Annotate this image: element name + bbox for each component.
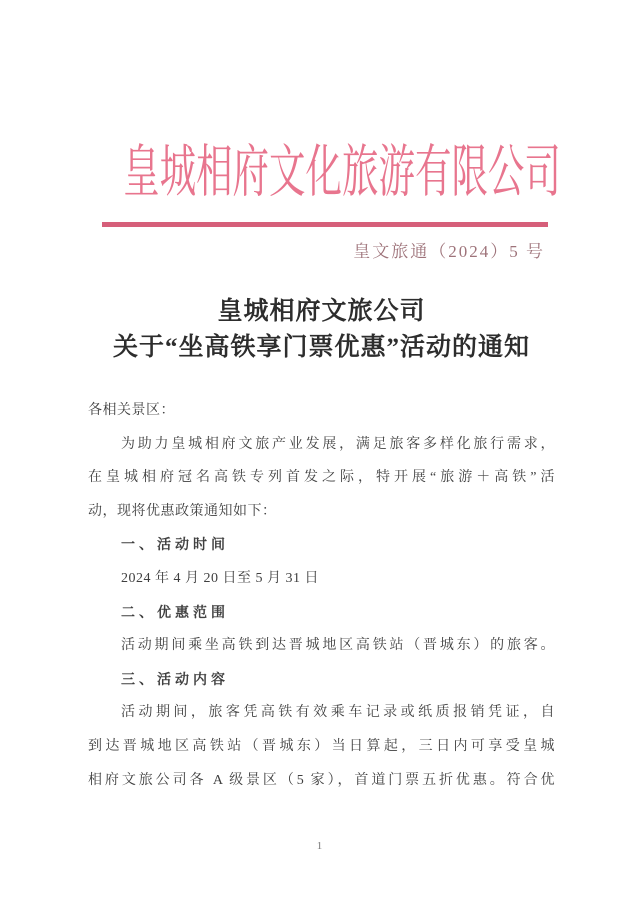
body-line: 二、优惠范围	[88, 596, 555, 630]
letterhead: 皇城相府文化旅游有限公司	[0, 138, 639, 208]
body-line: 三、活动内容	[88, 663, 555, 697]
body-line: 动，现将优惠政策通知如下：	[88, 495, 555, 529]
notice-title-line2: 关于“坐高铁享门票优惠”活动的通知	[88, 330, 555, 366]
body-line: 活动期间乘坐高铁到达晋城地区高铁站（晋城东）的旅客。	[88, 629, 555, 663]
body-line: 为助力皇城相府文旅产业发展，满足旅客多样化旅行需求，	[88, 428, 555, 462]
body-line: 2024 年 4 月 20 日至 5 月 31 日	[88, 562, 555, 596]
notice-body: 各相关景区：为助力皇城相府文旅产业发展，满足旅客多样化旅行需求，在皇城相府冠名高…	[88, 394, 555, 797]
document-page: 皇城相府文化旅游有限公司 皇文旅通（2024）5 号 皇城相府文旅公司 关于“坐…	[0, 0, 639, 903]
company-name: 皇城相府文化旅游有限公司	[123, 138, 561, 208]
notice-title: 皇城相府文旅公司 关于“坐高铁享门票优惠”活动的通知	[88, 294, 555, 366]
body-line: 在皇城相府冠名高铁专列首发之际，特开展“旅游＋高铁”活	[88, 461, 555, 495]
body-line: 相府文旅公司各 A 级景区（5 家），首道门票五折优惠。符合优	[88, 764, 555, 798]
body-line: 各相关景区：	[88, 394, 555, 428]
notice-title-line1: 皇城相府文旅公司	[88, 294, 555, 330]
doc-number: 皇文旅通（2024）5 号	[353, 237, 545, 262]
letterhead-divider	[102, 222, 548, 227]
body-line: 活动期间，旅客凭高铁有效乘车记录或纸质报销凭证，自	[88, 696, 555, 730]
page-number: 1	[0, 840, 639, 852]
body-line: 到达晋城地区高铁站（晋城东）当日算起，三日内可享受皇城	[88, 730, 555, 764]
body-line: 一、活动时间	[88, 528, 555, 562]
